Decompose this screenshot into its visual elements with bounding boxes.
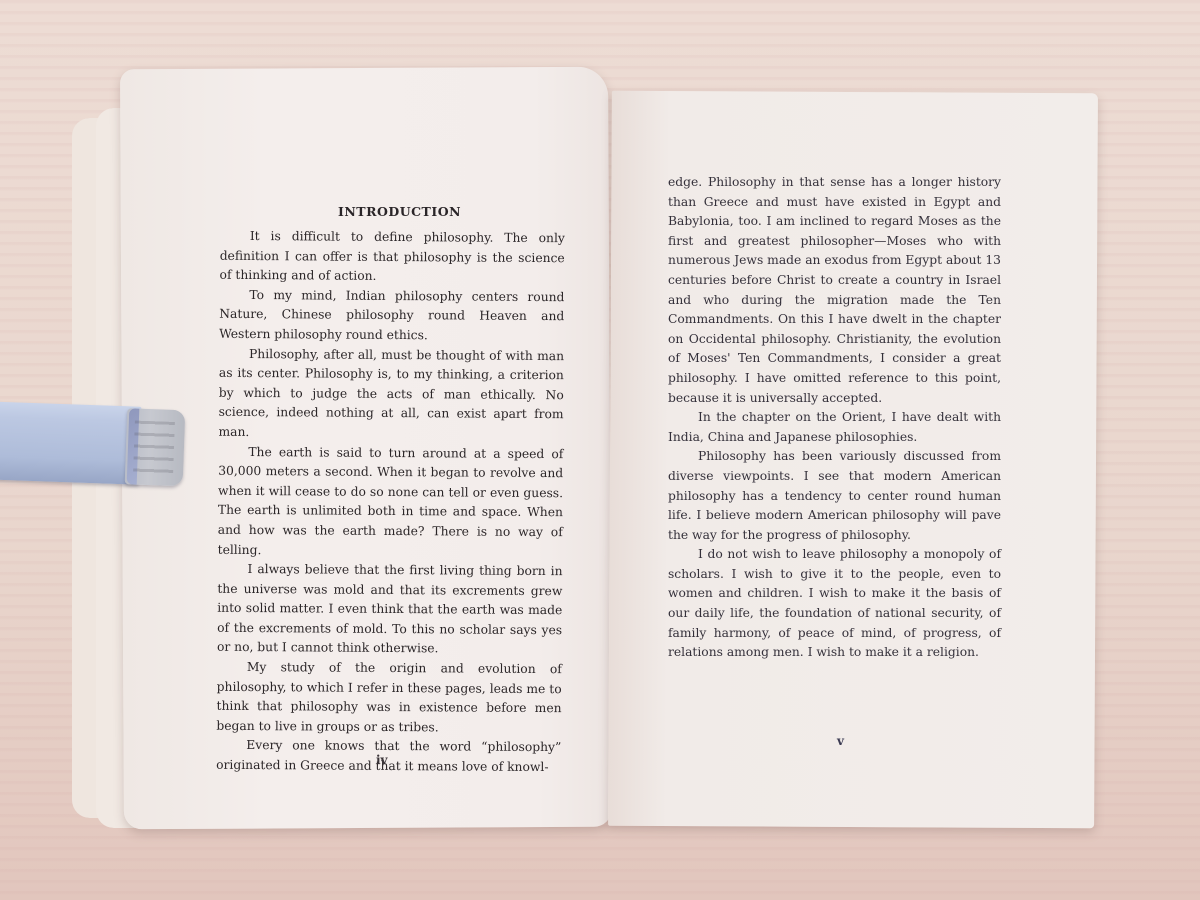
right-page-text: edge. Philosophy in that sense has a lon…	[668, 173, 1001, 663]
paragraph: I do not wish to leave philosophy a mono…	[668, 545, 1001, 663]
chapter-heading: INTRODUCTION	[338, 204, 461, 219]
paragraph: Every one knows that the word “philosoph…	[216, 736, 561, 778]
paragraph: My study of the origin and evolution of …	[216, 658, 562, 739]
page-number-right: v	[837, 734, 844, 748]
metal-clip	[0, 402, 191, 491]
paragraph: The earth is said to turn around at a sp…	[218, 442, 564, 562]
left-page-text: It is difficult to define philosophy. Th…	[216, 227, 565, 778]
clip-bar	[0, 402, 141, 485]
paragraph: I always believe that the first living t…	[217, 560, 563, 660]
paragraph: It is difficult to define philosophy. Th…	[220, 227, 565, 288]
paragraph: Philosophy has been variously discussed …	[668, 447, 1001, 545]
paragraph: To my mind, Indian philosophy centers ro…	[219, 286, 564, 347]
clip-ridges	[133, 421, 175, 474]
paragraph: In the chapter on the Orient, I have dea…	[668, 408, 1001, 447]
paragraph: edge. Philosophy in that sense has a lon…	[668, 173, 1001, 408]
paragraph: Philosophy, after all, must be thought o…	[218, 344, 564, 444]
page-number-left: iv	[376, 753, 388, 767]
